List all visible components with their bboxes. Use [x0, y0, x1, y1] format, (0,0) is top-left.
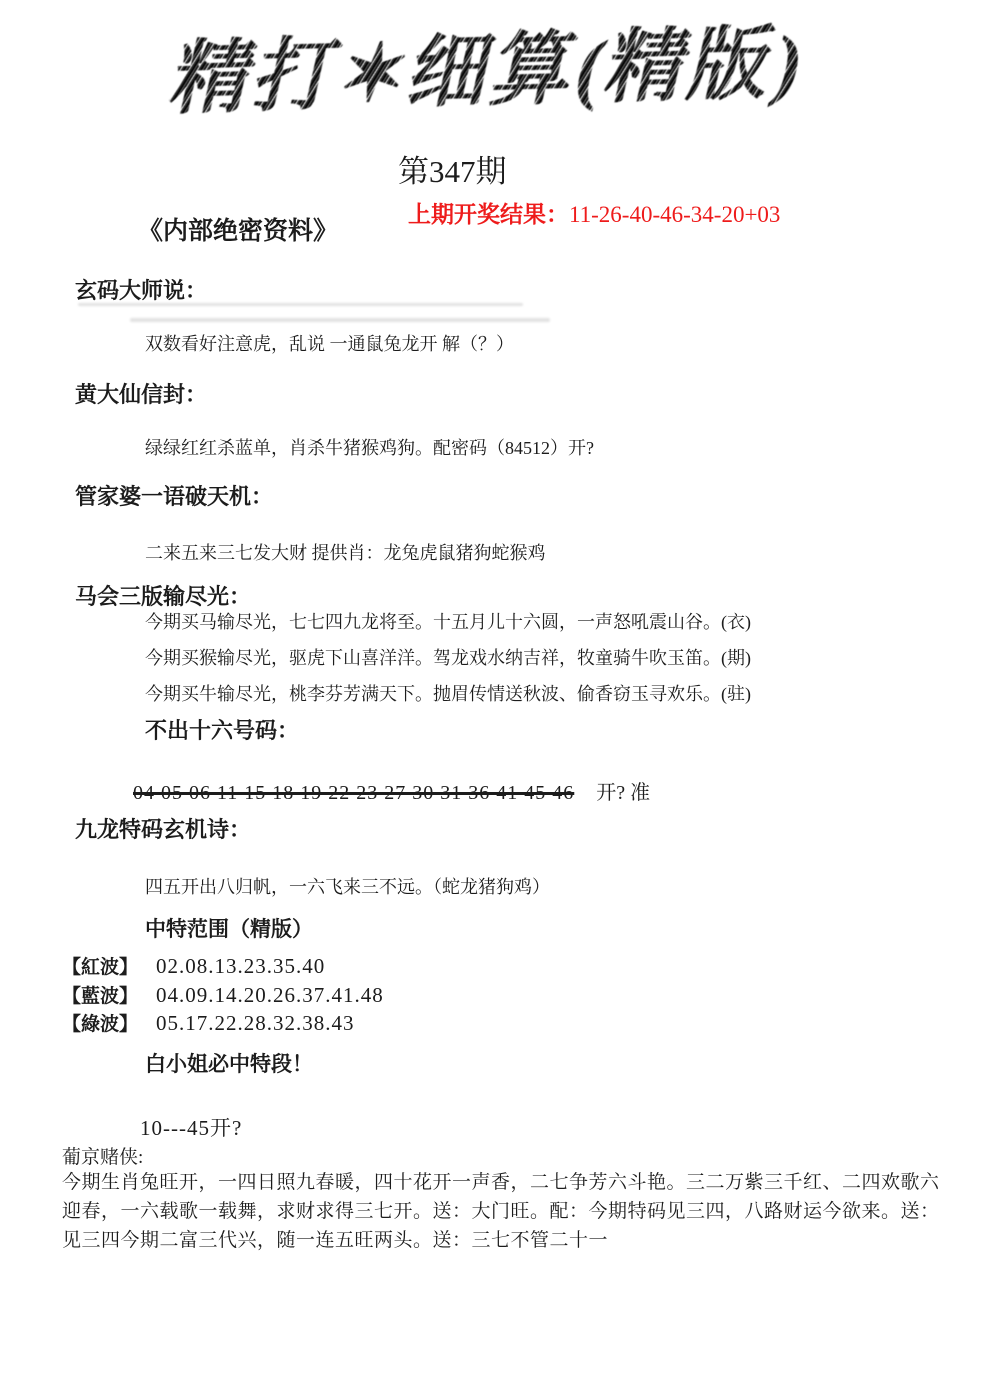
range-title: 中特范围（精版） — [145, 913, 313, 943]
wave-numbers-red: 02.08.13.23.35.40 — [156, 954, 325, 978]
last-draw-result-numbers: 11-26-40-46-34-20+03 — [569, 202, 780, 227]
baixiaojie-text: 白小姐必中特段！ — [145, 1048, 313, 1078]
range-guess: 10---45开? — [140, 1112, 242, 1142]
wave-numbers-blue: 04.09.14.20.26.37.41.48 — [156, 983, 384, 1007]
scan-artifact-line — [130, 318, 550, 322]
masthead-title: 精打✶细算(精版) — [0, 0, 981, 134]
section-heading-guanjiapo: 管家婆一语破天机： — [75, 480, 273, 511]
xuanma-text: 双数看好注意虎，乱说 一通鼠兔龙开 解（？） — [145, 330, 514, 356]
wave-numbers-green: 05.17.22.28.32.38.43 — [156, 1011, 355, 1035]
mahui-line: 今期买牛输尽光，桃李芬芳满天下。抛眉传情送秋波、偷香窃玉寻欢乐。(驻) — [145, 680, 751, 706]
wave-label-blue: 【藍波】 — [62, 986, 138, 1007]
jiulong-poem: 四五开出八归帆，一六飞来三不远。（蛇龙猪狗鸡） — [145, 873, 550, 899]
wave-row-blue: 【藍波】04.09.14.20.26.37.41.48 — [62, 981, 384, 1008]
issue-number: 第347期 — [398, 146, 507, 191]
pujing-line: 今期生肖兔旺开，一四日照九春暖，四十花开一声香，二七争芳六斗艳。三二万紫三千红、… — [62, 1167, 940, 1194]
pujing-line: 见三四今期二富三代兴，随一连五旺两头。送：三七不管二十一 — [62, 1225, 608, 1252]
wave-row-green: 【綠波】05.17.22.28.32.38.43 — [62, 1009, 355, 1036]
wave-row-red: 【紅波】02.08.13.23.35.40 — [62, 952, 325, 979]
section-heading-mahui: 马会三版输尽光： — [75, 580, 251, 611]
excluded-numbers: 04 05 06 11 15 18 19 22 23 27 30 31 36 4… — [133, 782, 574, 804]
document-page: 精打✶细算(精版) 第347期 上期开奖结果：11-26-40-46-34-20… — [0, 0, 981, 1388]
mahui-line: 今期买马输尽光，七七四九龙将至。十五月儿十六圆，一声怒吼震山谷。(衣) — [145, 608, 751, 634]
huangdaxian-text: 绿绿红红杀蓝单，肖杀牛猪猴鸡狗。配密码（84512）开? — [145, 434, 594, 460]
document-subtitle: 《内部绝密资料》 — [138, 211, 338, 247]
excluded-numbers-suffix: 开? 准 — [596, 782, 650, 804]
section-heading-huangdaxian: 黄大仙信封： — [75, 378, 207, 409]
section-heading-pujing: 葡京赌侠: — [62, 1142, 143, 1169]
scan-artifact-line — [78, 303, 523, 306]
guanjiapo-text: 二来五来三七发大财 提供肖：龙兔虎鼠猪狗蛇猴鸡 — [145, 539, 546, 565]
section-heading-jiulong: 九龙特码玄机诗： — [75, 813, 251, 844]
pujing-line: 迎春，一六载歌一载舞，求财求得三七开。送：大门旺。配：今期特码见三四，八路财运今… — [62, 1196, 940, 1223]
mahui-line: 今期买猴输尽光，驱虎下山喜洋洋。驾龙戏水纳吉祥，牧童骑牛吹玉笛。(期) — [145, 644, 751, 670]
excluded-numbers-row: 04 05 06 11 15 18 19 22 23 27 30 31 36 4… — [133, 776, 650, 805]
section-heading-buchu: 不出十六号码： — [145, 714, 299, 745]
wave-label-red: 【紅波】 — [62, 957, 138, 978]
last-draw-result: 上期开奖结果：11-26-40-46-34-20+03 — [408, 196, 780, 229]
wave-label-green: 【綠波】 — [62, 1014, 138, 1035]
last-draw-result-label: 上期开奖结果： — [408, 202, 569, 227]
section-heading-xuanma: 玄码大师说： — [75, 274, 207, 305]
